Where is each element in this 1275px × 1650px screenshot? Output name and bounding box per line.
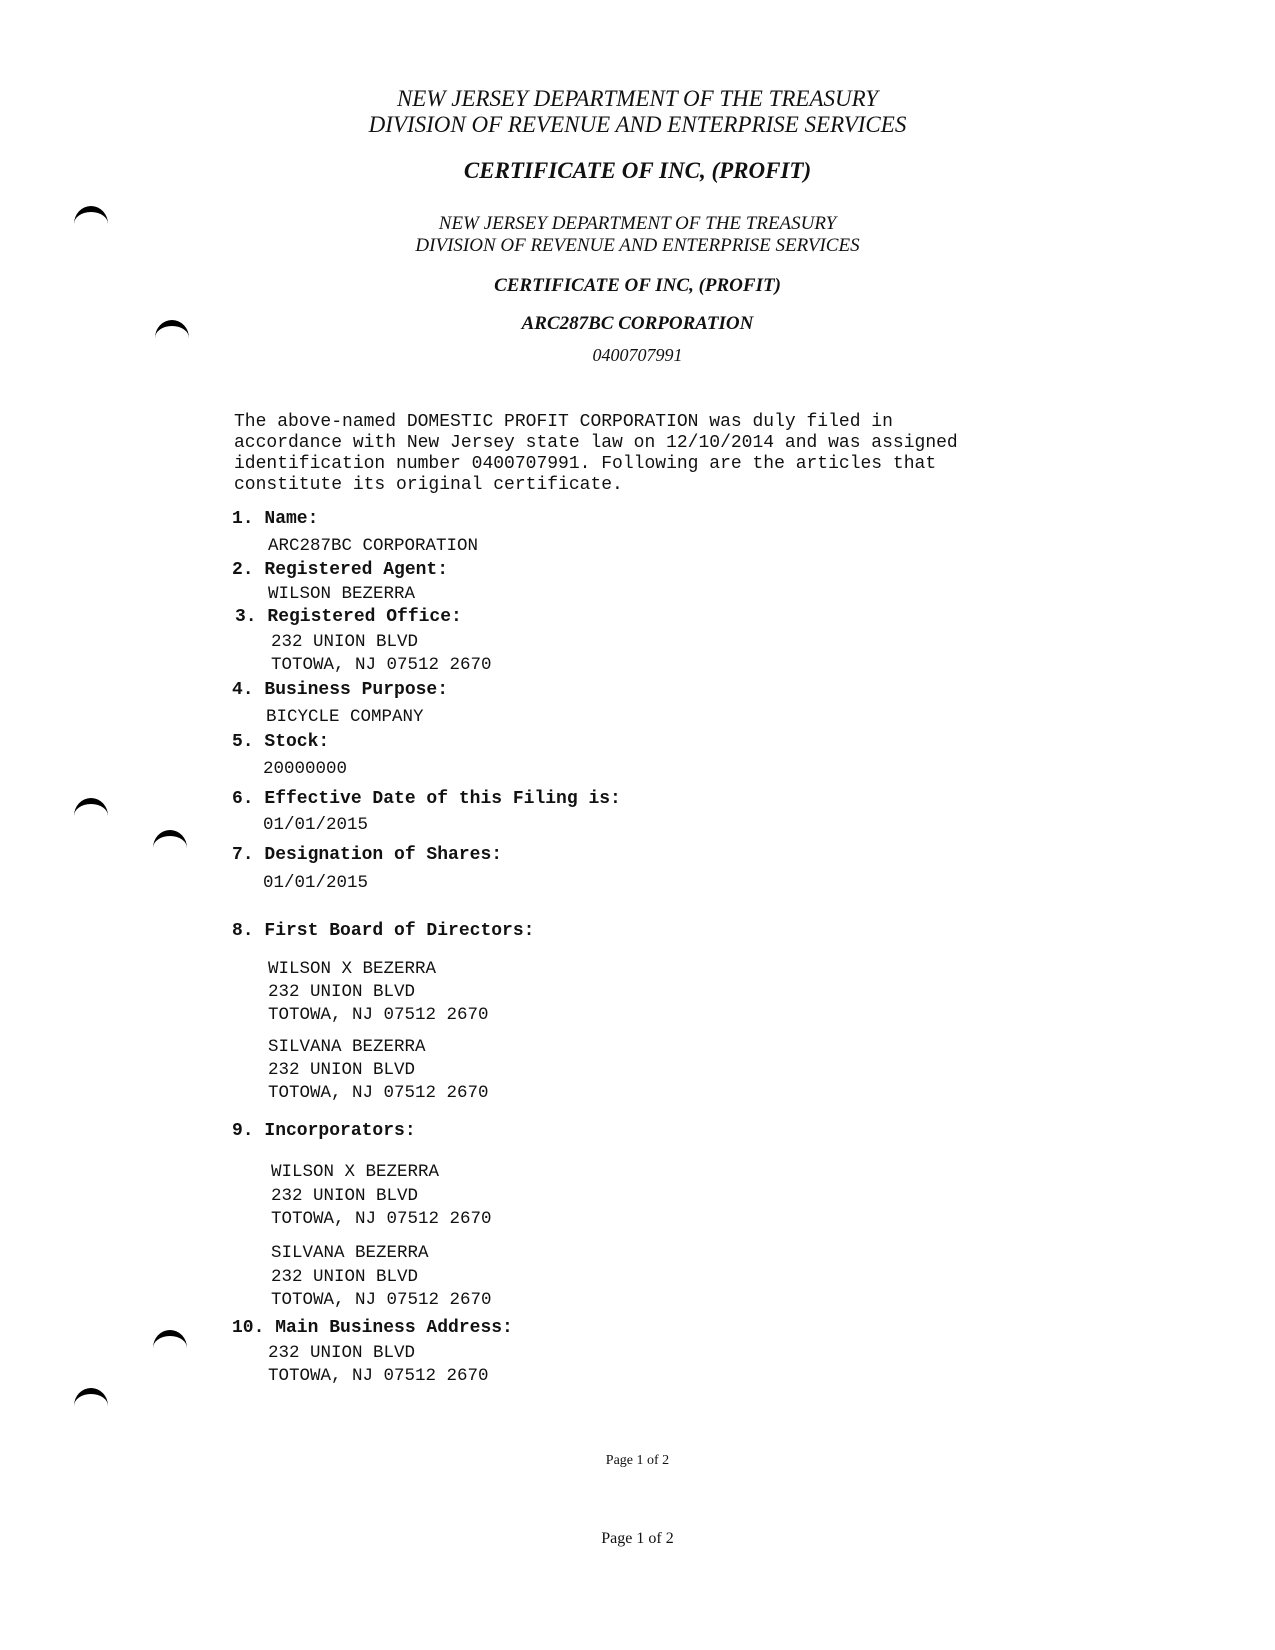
outer-page-number: Page 1 of 2 (0, 1530, 1275, 1548)
article-3-label: 3. Registered Office: (235, 607, 462, 627)
punch-hole-mark (74, 798, 108, 816)
article-1-value: ARC287BC CORPORATION (268, 536, 478, 556)
inner-certificate-title: CERTIFICATE OF INC, (PROFIT) (0, 275, 1275, 297)
director-2-name: SILVANA BEZERRA (268, 1037, 426, 1057)
inner-header-division: DIVISION OF REVENUE AND ENTERPRISE SERVI… (0, 234, 1275, 257)
incorporator-2-street: 232 UNION BLVD (271, 1267, 418, 1287)
inner-header-department: NEW JERSEY DEPARTMENT OF THE TREASURY (0, 212, 1275, 235)
article-7-value: 01/01/2015 (263, 873, 368, 893)
punch-hole-mark (153, 1330, 187, 1348)
incorporator-1-city: TOTOWA, NJ 07512 2670 (271, 1209, 492, 1229)
article-5-value: 20000000 (263, 759, 347, 779)
outer-header-division: DIVISION OF REVENUE AND ENTERPRISE SERVI… (0, 111, 1275, 139)
intro-paragraph: The above-named DOMESTIC PROFIT CORPORAT… (234, 412, 1054, 496)
director-1-street: 232 UNION BLVD (268, 982, 415, 1002)
article-10-label: 10. Main Business Address: (232, 1318, 513, 1338)
article-6-label: 6. Effective Date of this Filing is: (232, 789, 621, 809)
article-10-street: 232 UNION BLVD (268, 1343, 415, 1363)
outer-header-department: NEW JERSEY DEPARTMENT OF THE TREASURY (0, 85, 1275, 113)
article-9-label: 9. Incorporators: (232, 1121, 416, 1141)
article-7-label: 7. Designation of Shares: (232, 845, 502, 865)
director-2-street: 232 UNION BLVD (268, 1060, 415, 1080)
article-6-value: 01/01/2015 (263, 815, 368, 835)
inner-page-number: Page 1 of 2 (0, 1453, 1275, 1469)
article-4-label: 4. Business Purpose: (232, 680, 448, 700)
punch-hole-mark (74, 206, 108, 224)
corporation-name-heading: ARC287BC CORPORATION (0, 313, 1275, 335)
article-10-city: TOTOWA, NJ 07512 2670 (268, 1366, 489, 1386)
identification-number: 0400707991 (0, 345, 1275, 366)
incorporator-1-name: WILSON X BEZERRA (271, 1162, 439, 1182)
director-1-name: WILSON X BEZERRA (268, 959, 436, 979)
article-2-value: WILSON BEZERRA (268, 584, 415, 604)
article-3-city: TOTOWA, NJ 07512 2670 (271, 655, 492, 675)
article-5-label: 5. Stock: (232, 732, 329, 752)
director-2-city: TOTOWA, NJ 07512 2670 (268, 1083, 489, 1103)
punch-hole-mark (74, 1388, 108, 1406)
outer-certificate-title: CERTIFICATE OF INC, (PROFIT) (0, 158, 1275, 184)
article-4-value: BICYCLE COMPANY (266, 707, 424, 727)
incorporator-2-city: TOTOWA, NJ 07512 2670 (271, 1290, 492, 1310)
punch-hole-mark (153, 830, 187, 848)
incorporator-1-street: 232 UNION BLVD (271, 1186, 418, 1206)
incorporator-2-name: SILVANA BEZERRA (271, 1243, 429, 1263)
article-1-label: 1. Name: (232, 509, 318, 529)
director-1-city: TOTOWA, NJ 07512 2670 (268, 1005, 489, 1025)
article-8-label: 8. First Board of Directors: (232, 921, 534, 941)
article-2-label: 2. Registered Agent: (232, 560, 448, 580)
article-3-street: 232 UNION BLVD (271, 632, 418, 652)
